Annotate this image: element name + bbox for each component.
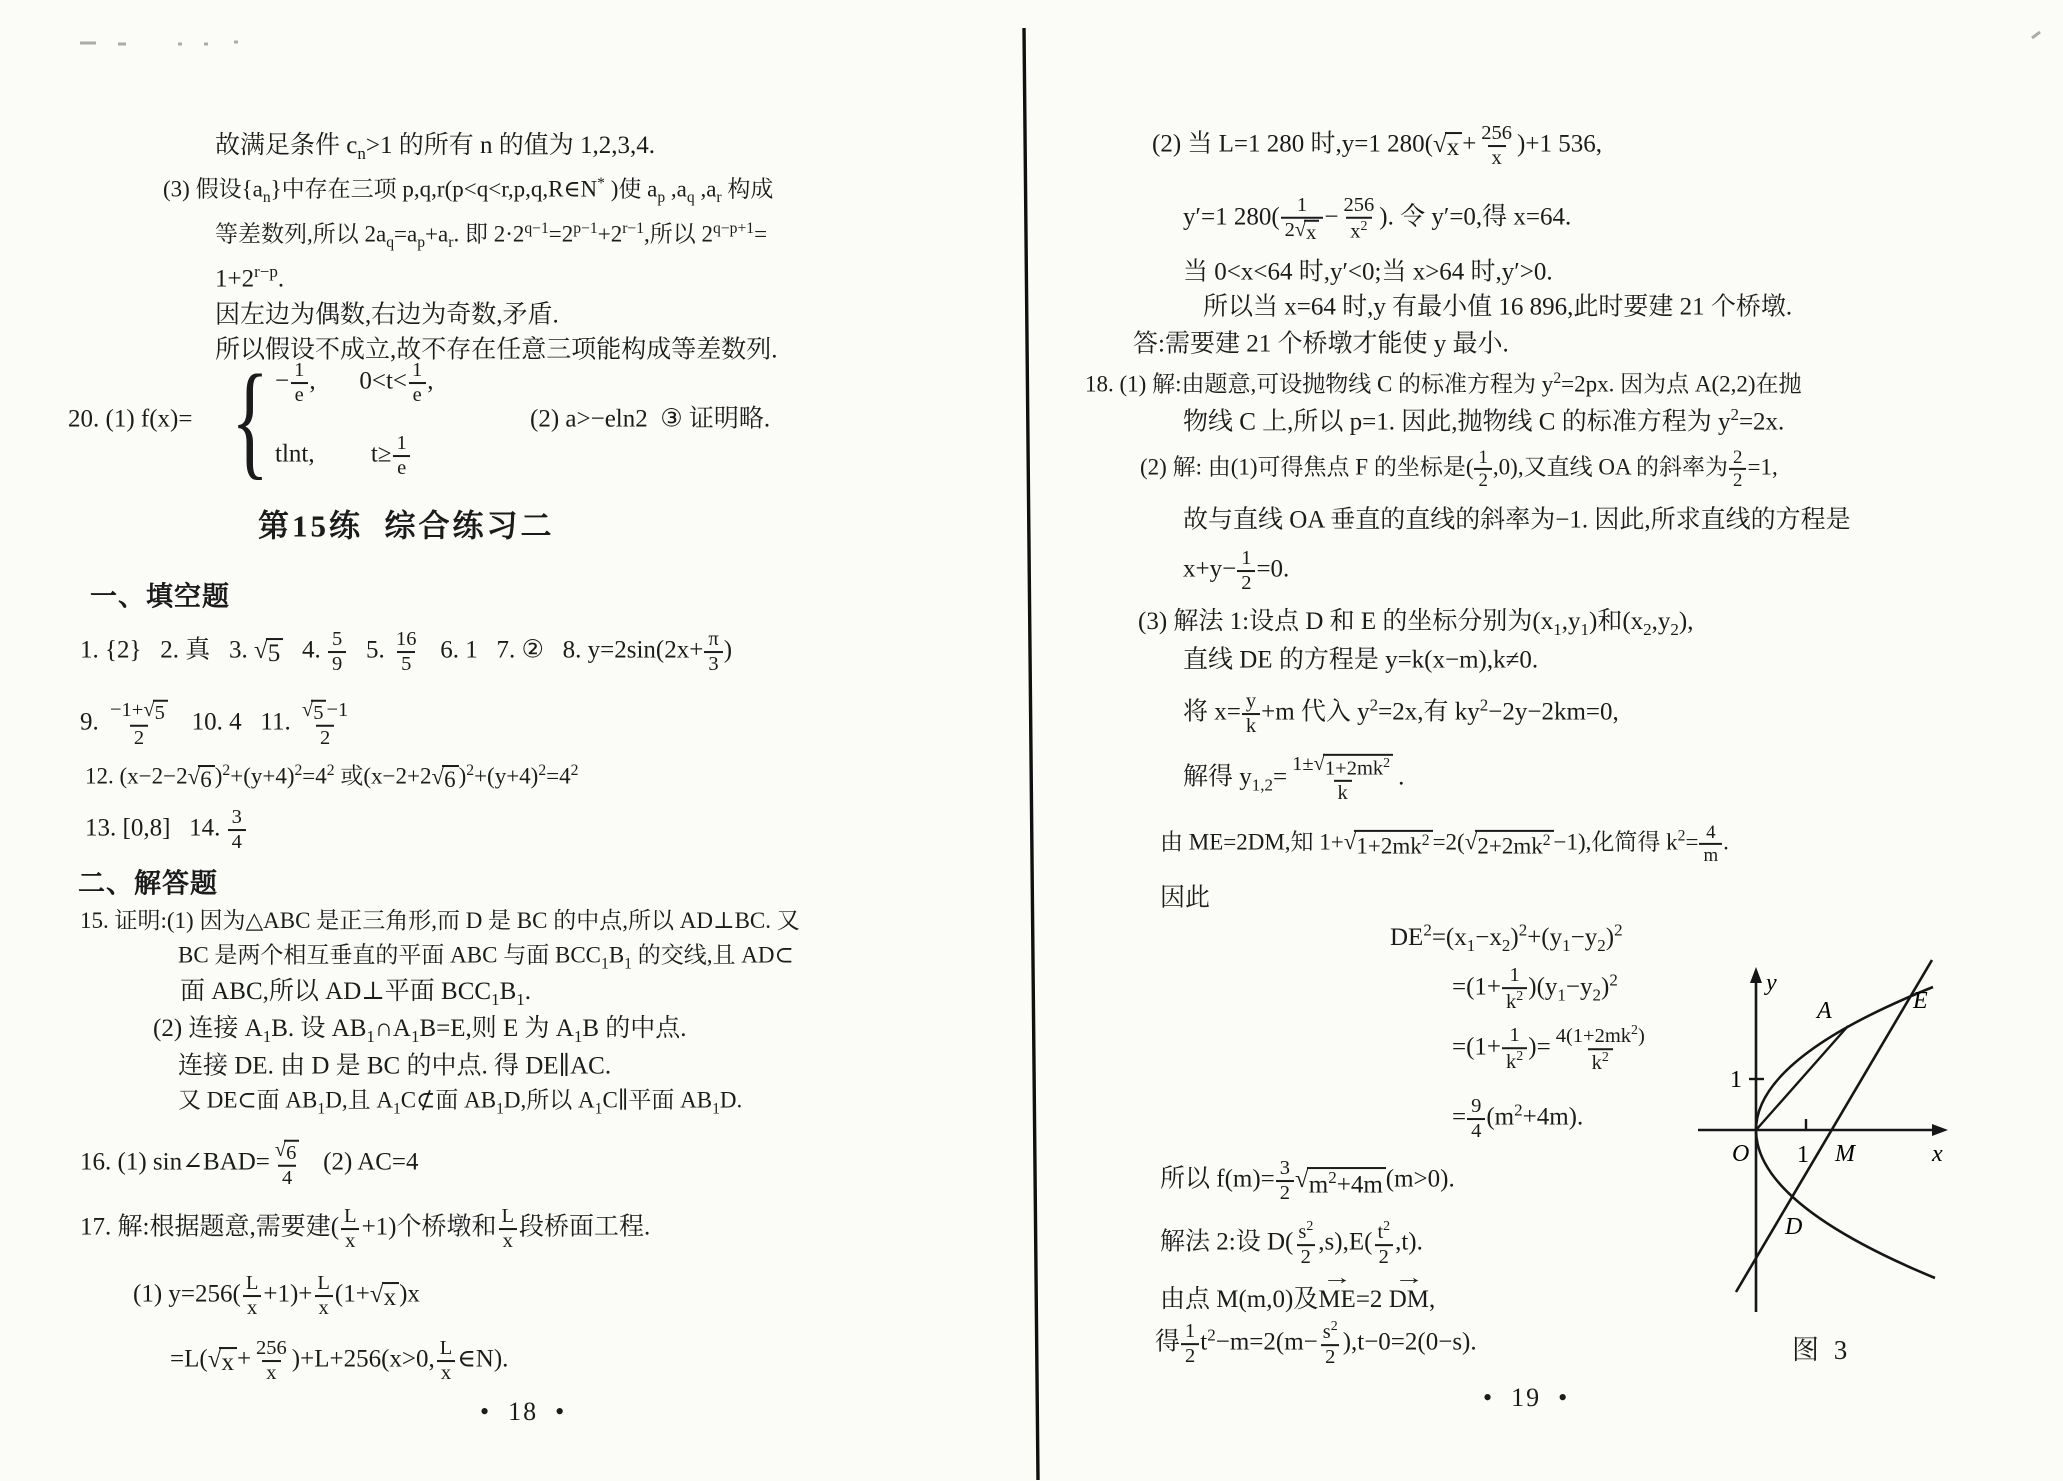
scan-artifact — [80, 32, 2040, 44]
text-line: 18. (1) 解:由题意,可设抛物线 C 的标准方程为 y2=2px. 因为点… — [1085, 370, 1802, 398]
text-line: 1. {2} 2. 真 3. √5 4. 59 5. 165 6. 1 7. ②… — [80, 628, 732, 676]
problem-20-case2: tlnt, t≥1e — [275, 432, 412, 480]
text-line: 解法 2:设 D(s22,s),E(t22,t). — [1160, 1219, 1423, 1269]
text-line: 1+2r−p. — [215, 262, 284, 294]
text-line: 由 ME=2DM,知 1+√1+2mk2=2(√2+2mk2−1),化简得 k2… — [1160, 822, 1729, 866]
text-line: 因此 — [1160, 885, 1210, 914]
text-line: 13. [0,8] 14. 34 — [85, 806, 247, 854]
figure-3: y x O 1 1 M A E D — [1690, 945, 1960, 1325]
text-line: (2) 当 L=1 280 时,y=1 280(√x+256x)+1 536, — [1152, 122, 1602, 170]
x-axis-arrow-icon — [1932, 1124, 1948, 1136]
text-line: 直线 DE 的方程是 y=k(x−m),k≠0. — [1183, 647, 1538, 676]
text-line: 由点 M(m,0)及ME=2 DM, — [1160, 1271, 1435, 1315]
text-line: y′=1 280(12√x−256x2). 令 y′=0,得 x=64. — [1183, 194, 1571, 245]
text-line: 面 ABC,所以 AD⊥平面 BCC1B1. — [180, 978, 531, 1010]
text-line: =(1+1k2)=4(1+2mk2)k2 — [1452, 1023, 1650, 1075]
text-line: 等差数列,所以 2aq=ap+ar. 即 2·2q−1=2p−1+2r−1,所以… — [215, 220, 767, 252]
text-line: 解得 y1,2=1±√1+2mk2k. — [1183, 753, 1404, 805]
page-number-left: • 18 • — [480, 1397, 566, 1427]
text-line: (3) 解法 1:设点 D 和 E 的坐标分别为(x1,y1)和(x2,y2), — [1138, 608, 1693, 640]
text-line: 故满足条件 cn>1 的所有 n 的值为 1,2,3,4. — [215, 132, 655, 164]
point-d-label: D — [1784, 1214, 1802, 1240]
page-number-right: • 19 • — [1483, 1383, 1569, 1413]
text-line: (3) 假设{an}中存在三项 p,q,r(p<q<r,p,q,R∈N* )使 … — [163, 175, 773, 207]
origin-label: O — [1732, 1141, 1749, 1167]
point-a-label: A — [1815, 998, 1832, 1024]
text-line: 连接 DE. 由 D 是 BC 的中点. 得 DE∥AC. — [178, 1053, 611, 1082]
text-line: (1) y=256(Lx+1)+Lx(1+√x)x — [133, 1272, 420, 1320]
text-line: DE2=(x1−x2)2+(y1−y2)2 — [1390, 921, 1623, 956]
text-line: 答:需要建 21 个桥墩才能使 y 最小. — [1133, 331, 1509, 360]
text-line: 因左边为偶数,右边为奇数,矛盾. — [215, 302, 559, 331]
text-line: 故与直线 OA 垂直的直线的斜率为−1. 因此,所求直线的方程是 — [1183, 507, 1851, 536]
gutter-line — [1024, 28, 1038, 1480]
text-line: (2) 解: 由(1)可得焦点 F 的坐标是(12,0),又直线 OA 的斜率为… — [1140, 447, 1778, 491]
text-line: 二、解答题 — [78, 868, 218, 899]
text-line: 9. −1+√52 10. 4 11. √5−12 — [80, 699, 353, 750]
problem-20-case1: −1e, 0<t<1e, — [275, 359, 434, 407]
text-line: (2) 连接 A1B. 设 AB1∩A1B=E,则 E 为 A1B 的中点. — [153, 1015, 687, 1047]
text-line: 17. 解:根据题意,需要建(Lx+1)个桥墩和Lx段桥面工程. — [80, 1205, 650, 1253]
exercise-title: 第15练 综合练习二 — [258, 501, 555, 546]
text-line: 所以当 x=64 时,y 有最小值 16 896,此时要建 21 个桥墩. — [1203, 294, 1792, 323]
y-axis-arrow-icon — [1750, 967, 1762, 983]
text-line: 物线 C 上,所以 p=1. 因此,抛物线 C 的标准方程为 y2=2x. — [1183, 405, 1784, 437]
text-line: x+y−12=0. — [1183, 547, 1289, 595]
text-line: 得12t2−m=2(m−s22),t−0=2(0−s). — [1155, 1319, 1477, 1369]
x-one-label: 1 — [1797, 1142, 1809, 1168]
text-line: 15. 证明:(1) 因为△ABC 是正三角形,而 D 是 BC 的中点,所以 … — [80, 908, 800, 934]
secant-line-dme — [1736, 960, 1932, 1292]
chord-oa — [1756, 1026, 1848, 1130]
text-line: 16. (1) sin∠BAD=√64 (2) AC=4 — [80, 1139, 419, 1190]
problem-20-intro: 20. (1) f(x)= — [68, 406, 192, 435]
text-line: 一、填空题 — [90, 581, 230, 612]
text-line: 又 DE⊂面 AB1D,且 A1C⊄面 AB1D,所以 A1C∥平面 AB1D. — [178, 1088, 742, 1119]
x-axis-label: x — [1931, 1141, 1943, 1167]
book-spread: 故满足条件 cn>1 的所有 n 的值为 1,2,3,4.(3) 假设{an}中… — [0, 0, 2063, 1481]
piecewise-brace: { — [231, 356, 269, 484]
text-line: 12. (x−2−2√6)2+(y+4)2=42 或(x−2+2√6)2+(y+… — [85, 762, 578, 792]
parabola-curve — [1756, 987, 1935, 1278]
point-m-label: M — [1834, 1141, 1857, 1167]
figure-caption: 图 3 — [1792, 1328, 1851, 1367]
text-line: =L(√x+256x)+L+256(x>0,Lx∈N). — [170, 1337, 508, 1385]
problem-20-tail: (2) a>−eln2 ③ 证明略. — [530, 406, 770, 435]
text-line: 所以 f(m)=32√m2+4m(m>0). — [1160, 1157, 1455, 1205]
text-line: BC 是两个相互垂直的平面 ABC 与面 BCC1B1 的交线,且 AD⊂ — [178, 943, 794, 974]
y-axis-label: y — [1764, 970, 1777, 996]
y-one-label: 1 — [1730, 1067, 1742, 1093]
text-line: =94(m2+4m). — [1452, 1095, 1583, 1143]
point-e-label: E — [1912, 988, 1928, 1014]
text-line: 当 0<x<64 时,y′<0;当 x>64 时,y′>0. — [1183, 259, 1553, 288]
text-line: =(1+1k2)(y1−y2)2 — [1452, 964, 1618, 1014]
text-line: 将 x=yk+m 代入 y2=2x,有 ky2−2y−2km=0, — [1183, 690, 1619, 738]
